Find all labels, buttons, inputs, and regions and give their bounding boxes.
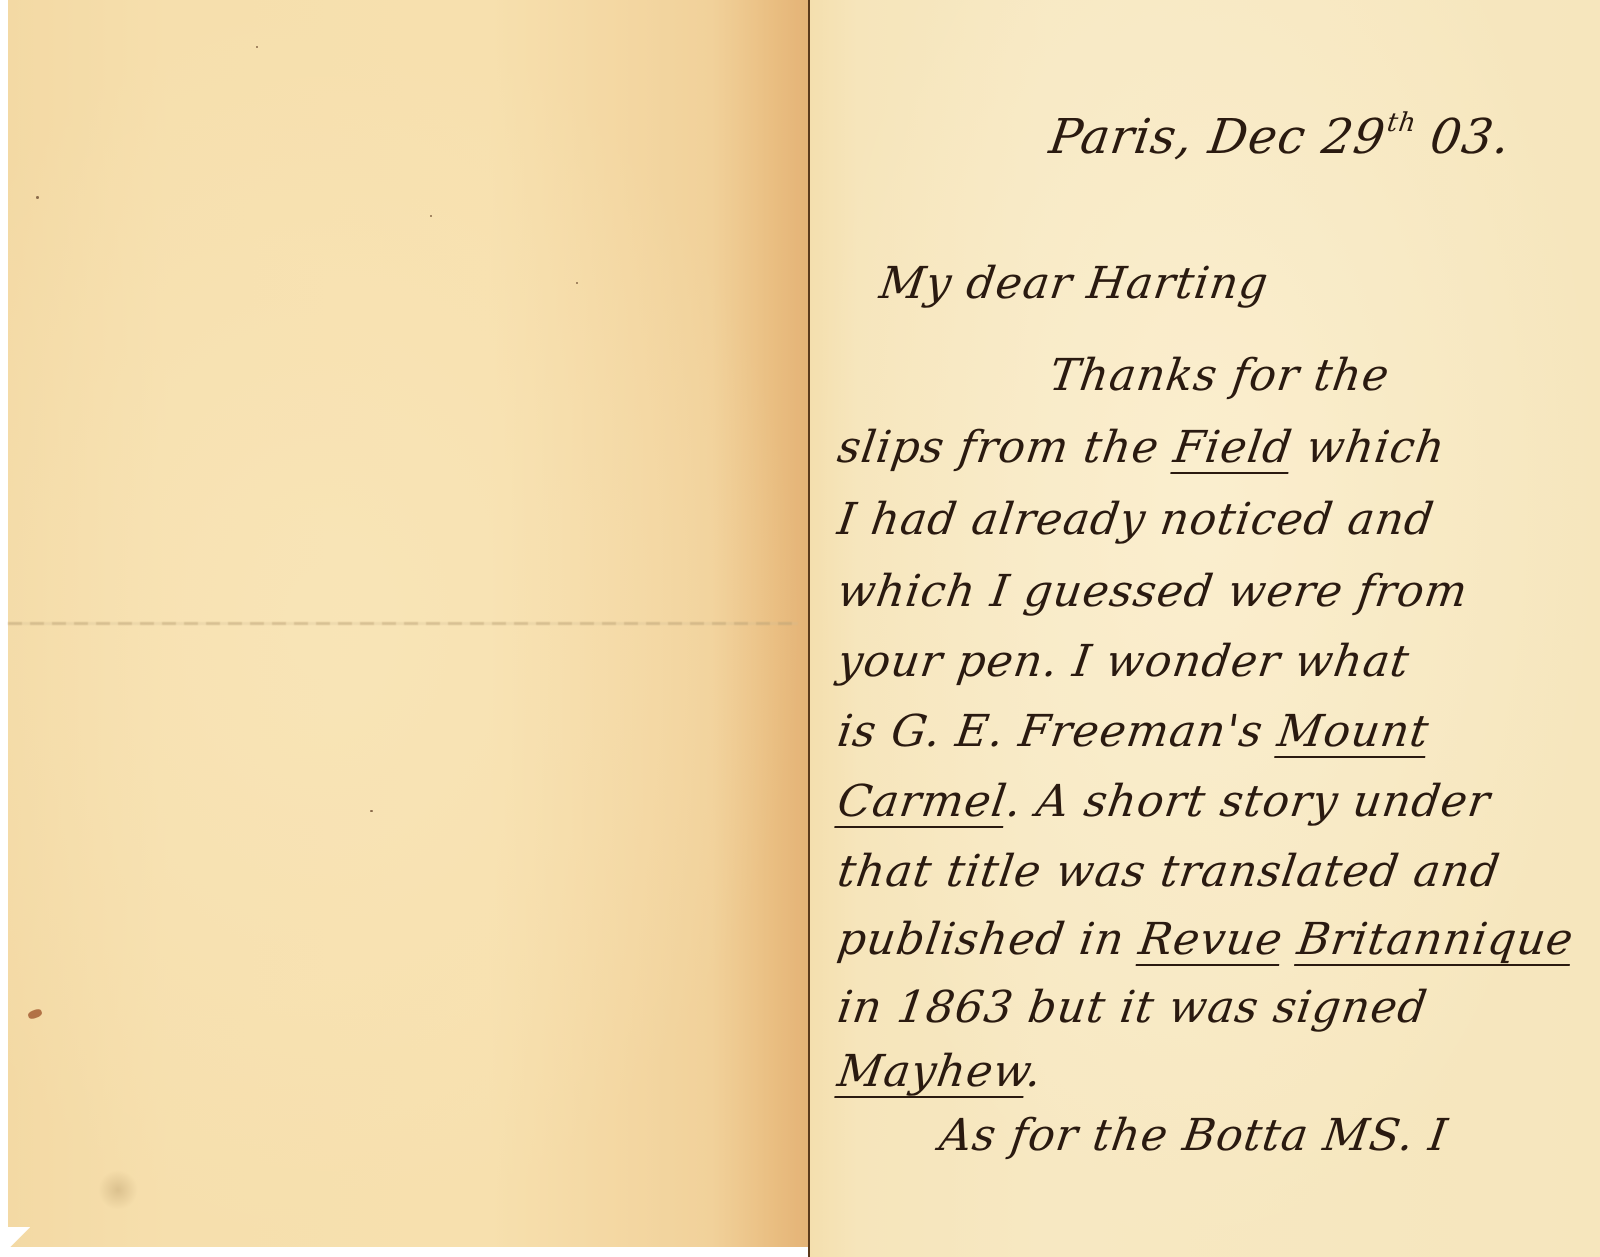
text-run: As for the Botta MS. I: [936, 1110, 1451, 1161]
horizontal-fold-crease: [8, 622, 798, 625]
body-line-8: that title was translated and: [834, 846, 1503, 897]
text-run: that title was translated and: [834, 846, 1503, 897]
paper-smudge: [98, 1170, 138, 1210]
text-run: . A short story under: [1003, 776, 1494, 827]
date-day: 29: [1318, 109, 1389, 165]
body-line-4: which I guessed were from: [834, 566, 1471, 617]
body-line-5: your pen. I wonder what: [834, 636, 1412, 687]
underlined-title-mount: Mount: [1274, 706, 1432, 757]
body-line-6: is G. E. Freeman's Mount: [834, 706, 1432, 757]
body-line-10: in 1863 but it was signed: [834, 982, 1430, 1033]
date-month: Dec: [1205, 109, 1310, 165]
text-run: your pen. I wonder what: [834, 636, 1412, 687]
underlined-title-britannique: Britannique: [1294, 914, 1577, 965]
paper-speck: [36, 196, 39, 199]
body-line-9: published in Revue Britannique: [834, 914, 1577, 965]
text-run: is G. E. Freeman's: [834, 706, 1281, 757]
salutation: My dear Harting: [876, 258, 1271, 309]
paper-speck: [256, 46, 258, 48]
body-line-3: I had already noticed and: [834, 494, 1437, 545]
text-run: which I guessed were from: [834, 566, 1471, 617]
handwritten-letter: Paris, Dec 29th 03. My dear Harting Than…: [810, 0, 1600, 1257]
text-run: Thanks for the: [1046, 350, 1393, 401]
body-line-2: slips from the Field which: [834, 422, 1448, 473]
underlined-name-mayhew: Mayhew: [834, 1046, 1030, 1097]
text-run: slips from the: [834, 422, 1177, 473]
text-run: I had already noticed and: [834, 494, 1437, 545]
text-run: which: [1288, 422, 1448, 473]
body-line-11: Mayhew.: [834, 1046, 1045, 1097]
underlined-title-field: Field: [1170, 422, 1295, 473]
text-run: published in: [834, 914, 1142, 965]
date-year: 03.: [1427, 109, 1514, 165]
date-suffix: th: [1385, 108, 1418, 138]
paper-speck: [430, 215, 432, 217]
paper-speck: [370, 810, 373, 812]
body-line-7: Carmel. A short story under: [834, 776, 1493, 827]
underlined-title-carmel: Carmel: [834, 776, 1010, 827]
text-run: in 1863 but it was signed: [834, 982, 1430, 1033]
letter-scan: Paris, Dec 29th 03. My dear Harting Than…: [0, 0, 1600, 1257]
place: Paris,: [1046, 109, 1197, 165]
paper-speck: [576, 282, 578, 284]
underlined-title-revue: Revue: [1136, 914, 1287, 965]
body-line-1: Thanks for the: [1046, 350, 1393, 401]
body-line-12: As for the Botta MS. I: [936, 1110, 1451, 1161]
dateline: Paris, Dec 29th 03.: [1046, 108, 1514, 165]
